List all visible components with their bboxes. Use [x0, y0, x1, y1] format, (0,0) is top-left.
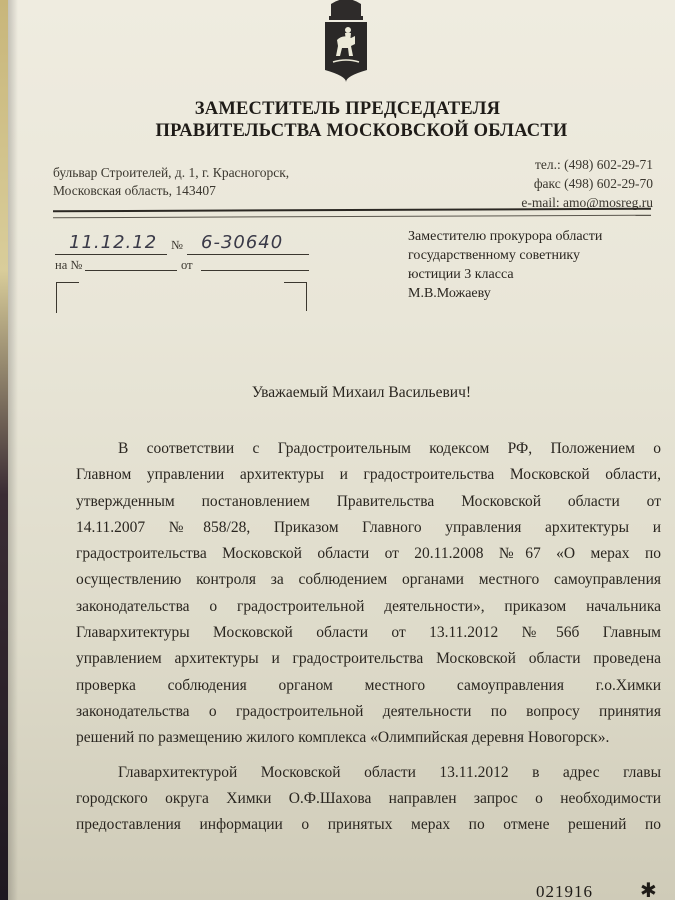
address-line-2: Московская область, 143407 [53, 182, 289, 200]
outgoing-date: 11.12.12 [69, 232, 157, 253]
address-line-1: бульвар Строителей, д. 1, г. Красногорск… [53, 164, 289, 182]
body-line: В соответствии с Градостроительным кодек… [76, 436, 661, 462]
sender-contacts: тел.: (498) 602-29-71 факс (498) 602-29-… [521, 155, 653, 212]
body-line: законодательства о градостроительной дея… [76, 699, 661, 725]
paragraph-2: Главархитектурой Московской области 13.1… [76, 760, 661, 839]
outgoing-number: 6-30640 [201, 232, 283, 253]
recipient-line-3: юстиции 3 класса [408, 265, 602, 284]
body-line: предоставления информации о принятых мер… [76, 812, 661, 838]
body-line: 14.11.2007 №858/28, Приказом Главного уп… [76, 515, 661, 541]
sender-address: бульвар Строителей, д. 1, г. Красногорск… [53, 164, 289, 200]
address-window-corner-left [56, 282, 79, 313]
recipient-line-1: Заместителю прокурора области [408, 227, 602, 246]
body-line: Главархитектуры Московской области от 13… [76, 620, 661, 646]
recipient-block: Заместителю прокурора области государств… [408, 227, 602, 303]
body-line: осуществлению контроля за соблюдением ор… [76, 567, 661, 593]
body-line: решений по размещению жилого комплекса «… [76, 725, 661, 751]
reference-number-row: на № от [55, 258, 315, 278]
body-line: управлением архитектуры и градостроитель… [76, 646, 661, 672]
coat-of-arms-icon [321, 0, 371, 82]
body-line: Главном управлении архитектуры и градост… [76, 462, 661, 488]
document-serial-number: 021916 [536, 882, 593, 900]
recipient-line-2: государственному советнику [408, 246, 602, 265]
recipient-line-4: М.В.Можаеву [408, 284, 602, 303]
body-line: городского округа Химки О.Ф.Шахова напра… [76, 786, 661, 812]
number-label: № [171, 238, 183, 253]
ref-label: на № [55, 258, 82, 273]
body-line: утвержденным постановлением Правительств… [76, 489, 661, 515]
address-window-corner-right [284, 282, 307, 311]
body-line: законодательства о градостроительной дея… [76, 594, 661, 620]
letter-body: В соответствии с Градостроительным кодек… [76, 436, 661, 838]
asterisk-mark-icon: ✱ [640, 878, 657, 900]
letterhead-title: ЗАМЕСТИТЕЛЬ ПРЕДСЕДАТЕЛЯ ПРАВИТЕЛЬСТВА М… [8, 98, 675, 142]
registration-block: 11.12.12 № 6-30640 на № от [55, 232, 315, 278]
title-line-2: ПРАВИТЕЛЬСТВА МОСКОВСКОЙ ОБЛАСТИ [8, 120, 675, 142]
title-line-1: ЗАМЕСТИТЕЛЬ ПРЕДСЕДАТЕЛЯ [8, 98, 675, 120]
letter-page: ЗАМЕСТИТЕЛЬ ПРЕДСЕДАТЕЛЯ ПРАВИТЕЛЬСТВА М… [8, 0, 675, 900]
paragraph-1: В соответствии с Градостроительным кодек… [76, 436, 661, 752]
greeting: Уважаемый Михаил Васильевич! [8, 384, 675, 402]
ref-from-label: от [181, 258, 193, 273]
body-line: Главархитектурой Московской области 13.1… [76, 760, 661, 786]
letterhead-divider [53, 208, 651, 219]
body-line: градостроительства Московской области от… [76, 541, 661, 567]
outgoing-number-row: 11.12.12 № 6-30640 [55, 232, 315, 258]
fax: факс (498) 602-29-70 [521, 174, 653, 193]
body-line: проверка соблюдения органом местного сам… [76, 673, 661, 699]
phone: тел.: (498) 602-29-71 [521, 155, 653, 174]
